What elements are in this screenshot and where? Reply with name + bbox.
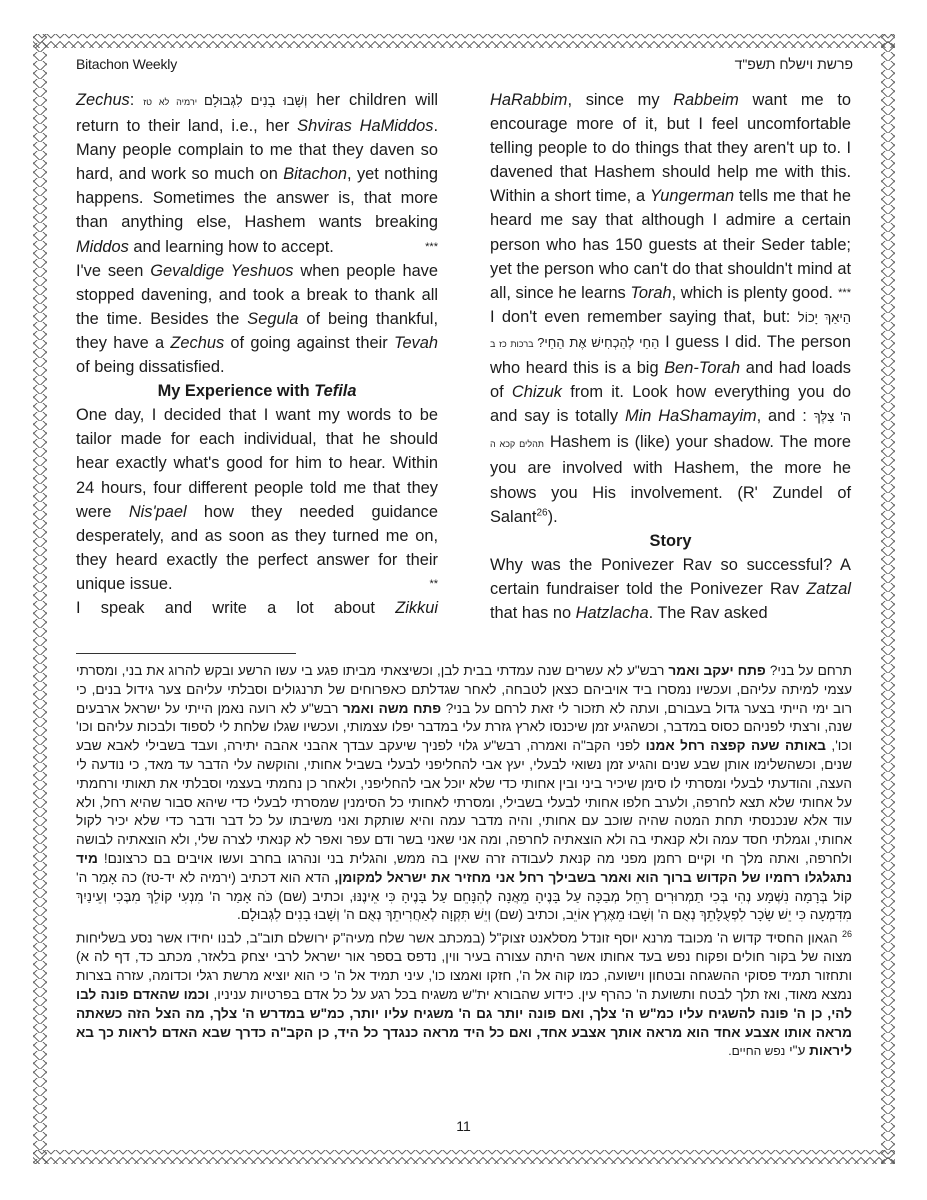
source-reference: תהלים קכא ה [490, 439, 544, 449]
section-separator: *** [838, 281, 851, 305]
section-heading: My Experience with Tefila [76, 379, 438, 403]
page-number: 11 [0, 1118, 927, 1134]
decorative-border-top [33, 34, 895, 48]
decorative-border-right [881, 34, 895, 1164]
footnote-26: 26 הגאון החסיד קדוש ה' מכובד מרנא יוסף ז… [76, 925, 852, 1061]
left-column: Zechus: וְשָׁבוּ בָנִים לִגְבוּלָם ירמיה… [76, 88, 438, 620]
section-separator: ** [429, 572, 438, 596]
publication-title: Bitachon Weekly [76, 56, 177, 72]
hebrew-quote: ה' צִלְּךָ [814, 409, 851, 424]
footnotes-section: תרחם על בני? פתח יעקב ואמר רבש"ע לא עשרי… [76, 662, 852, 1061]
section-heading: Story [490, 529, 851, 553]
paragraph: HaRabbim, since my Rabbeim want me to en… [490, 88, 851, 305]
source-reference: ברכות כז ב [490, 339, 537, 349]
source-reference: ירמיה לא טז [143, 97, 204, 107]
paragraph: Zechus: וְשָׁבוּ בָנִים לִגְבוּלָם ירמיה… [76, 88, 438, 259]
footnote-separator [76, 653, 296, 654]
paragraph: Why was the Ponivezer Rav so successful?… [490, 553, 851, 625]
paragraph: One day, I decided that I want my words … [76, 403, 438, 596]
paragraph: I don't even remember saying that, but: … [490, 305, 851, 529]
footnote-number: 26 [842, 929, 852, 939]
right-column: HaRabbim, since my Rabbeim want me to en… [490, 88, 851, 625]
footnote-marker[interactable]: 26 [536, 507, 547, 518]
footnote-continued: תרחם על בני? פתח יעקב ואמר רבש"ע לא עשרי… [76, 662, 852, 925]
paragraph: I've seen Gevaldige Yeshuos when people … [76, 259, 438, 379]
decorative-border-bottom [33, 1150, 895, 1164]
hebrew-quote: וְשָׁבוּ בָנִים לִגְבוּלָם [204, 93, 307, 108]
parsha-title: פרשת וישלח תשפ"ד [735, 56, 853, 72]
section-separator: *** [425, 235, 438, 259]
decorative-border-left [33, 34, 47, 1164]
paragraph: I speak and write a lot about Zikkui [76, 596, 438, 620]
